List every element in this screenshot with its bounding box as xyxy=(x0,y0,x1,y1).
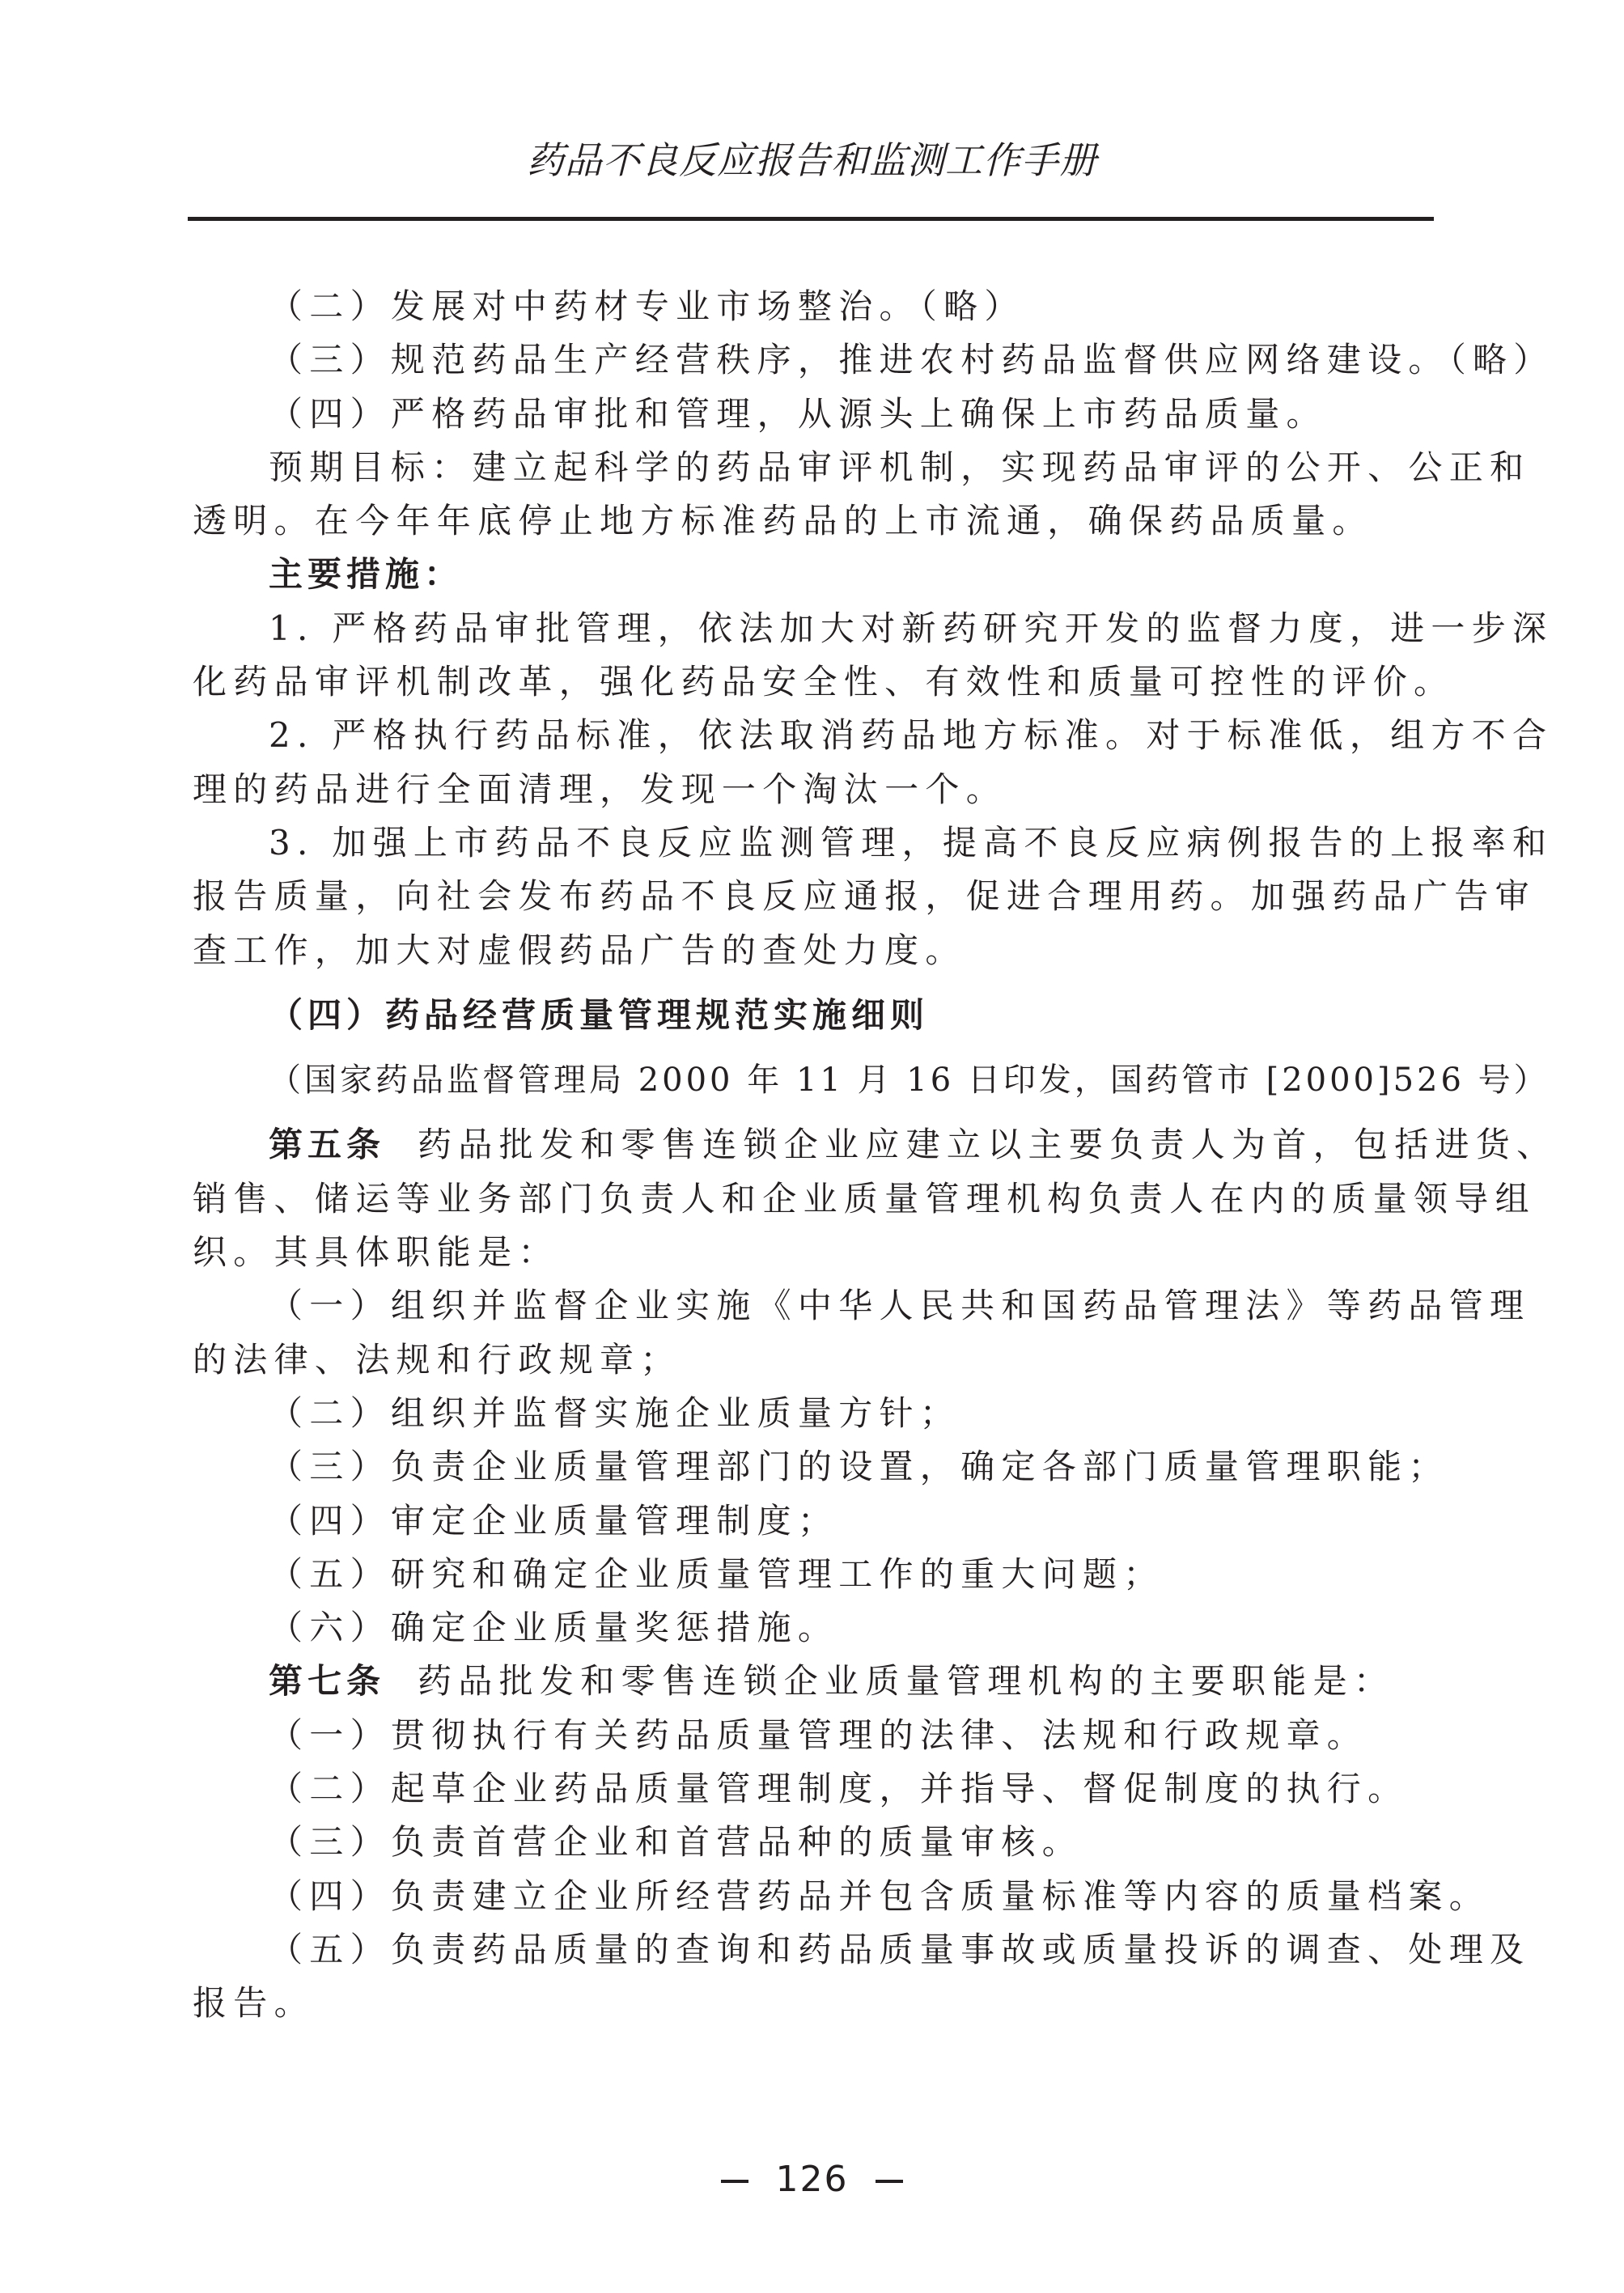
list-item: （六）确定企业质量奖惩措施。 xyxy=(193,1601,1435,1655)
article-7-text: 药品批发和零售连锁企业质量管理机构的主要职能是： xyxy=(418,1661,1394,1701)
paragraph-line: 化药品审评机制改革，强化药品安全性、有效性和质量可控性的评价。 xyxy=(193,655,1435,709)
header-rule xyxy=(188,217,1434,221)
paragraph-line: 预期目标：建立起科学的药品审评机制，实现药品审评的公开、公正和 xyxy=(193,441,1435,494)
paragraph-line: 1. 严格药品审批管理，依法加大对新药研究开发的监督力度，进一步深 xyxy=(193,602,1435,655)
list-item: 报告。 xyxy=(193,1977,1435,2030)
list-item: （三）负责企业质量管理部门的设置，确定各部门质量管理职能； xyxy=(193,1440,1435,1494)
paragraph-line: 查工作，加大对虚假药品广告的查处力度。 xyxy=(193,924,1435,977)
paragraph-line: （四）严格药品审批和管理，从源头上确保上市药品质量。 xyxy=(193,388,1435,441)
source-note: （国家药品监督管理局 2000 年 11 月 16 日印发，国药管市 [2000… xyxy=(193,1053,1435,1107)
paragraph-line: 透明。在今年年底停止地方标准药品的上市流通，确保药品质量。 xyxy=(193,494,1435,548)
list-item: （一）贯彻执行有关药品质量管理的法律、法规和行政规章。 xyxy=(193,1709,1435,1762)
paragraph-line: 织。其具体职能是： xyxy=(193,1226,1435,1279)
article-7-label: 第七条 xyxy=(269,1661,385,1701)
paragraph-line: 销售、储运等业务部门负责人和企业质量管理机构负责人在内的质量领导组 xyxy=(193,1172,1435,1226)
dash-left xyxy=(721,2180,748,2183)
section-heading: （四）药品经营质量管理规范实施细则 xyxy=(193,989,1435,1042)
measures-heading: 主要措施： xyxy=(193,548,1435,601)
paragraph-line: （三）规范药品生产经营秩序，推进农村药品监督供应网络建设。（略） xyxy=(193,333,1435,387)
page-body: （二）发展对中药材专业市场整治。（略） （三）规范药品生产经营秩序，推进农村药品… xyxy=(193,280,1435,2031)
paragraph-line: 3. 加强上市药品不良反应监测管理，提高不良反应病例报告的上报率和 xyxy=(193,816,1435,870)
list-item: （二）起草企业药品质量管理制度，并指导、督促制度的执行。 xyxy=(193,1762,1435,1816)
list-item: 的法律、法规和行政规章； xyxy=(193,1333,1435,1387)
page-number-text: 126 xyxy=(776,2159,849,2200)
list-item: （一）组织并监督企业实施《中华人民共和国药品管理法》等药品管理 xyxy=(193,1279,1435,1333)
dash-right xyxy=(876,2180,903,2183)
page-number: 126 xyxy=(0,2159,1624,2200)
list-item: （四）负责建立企业所经营药品并包含质量标准等内容的质量档案。 xyxy=(193,1870,1435,1923)
paragraph-line: 2. 严格执行药品标准，依法取消药品地方标准。对于标准低，组方不合 xyxy=(193,709,1435,762)
list-item: （三）负责首营企业和首营品种的质量审核。 xyxy=(193,1816,1435,1869)
article-5-text: 药品批发和零售连锁企业应建立以主要负责人为首，包括进货、 xyxy=(418,1125,1557,1164)
list-item: （二）组织并监督实施企业质量方针； xyxy=(193,1387,1435,1440)
list-item: （五）负责药品质量的查询和药品质量事故或质量投诉的调查、处理及 xyxy=(193,1923,1435,1977)
list-item: （四）审定企业质量管理制度； xyxy=(193,1494,1435,1548)
paragraph-line: 报告质量，向社会发布药品不良反应通报，促进合理用药。加强药品广告审 xyxy=(193,870,1435,923)
article-7-first-line: 第七条药品批发和零售连锁企业质量管理机构的主要职能是： xyxy=(193,1655,1435,1708)
paragraph-line: 理的药品进行全面清理，发现一个淘汰一个。 xyxy=(193,763,1435,816)
running-title: 药品不良反应报告和监测工作手册 xyxy=(0,136,1624,184)
article-5-label: 第五条 xyxy=(269,1125,385,1164)
list-item: （五）研究和确定企业质量管理工作的重大问题； xyxy=(193,1548,1435,1601)
article-5-first-line: 第五条药品批发和零售连锁企业应建立以主要负责人为首，包括进货、 xyxy=(193,1118,1435,1172)
paragraph-line: （二）发展对中药材专业市场整治。（略） xyxy=(193,280,1435,333)
